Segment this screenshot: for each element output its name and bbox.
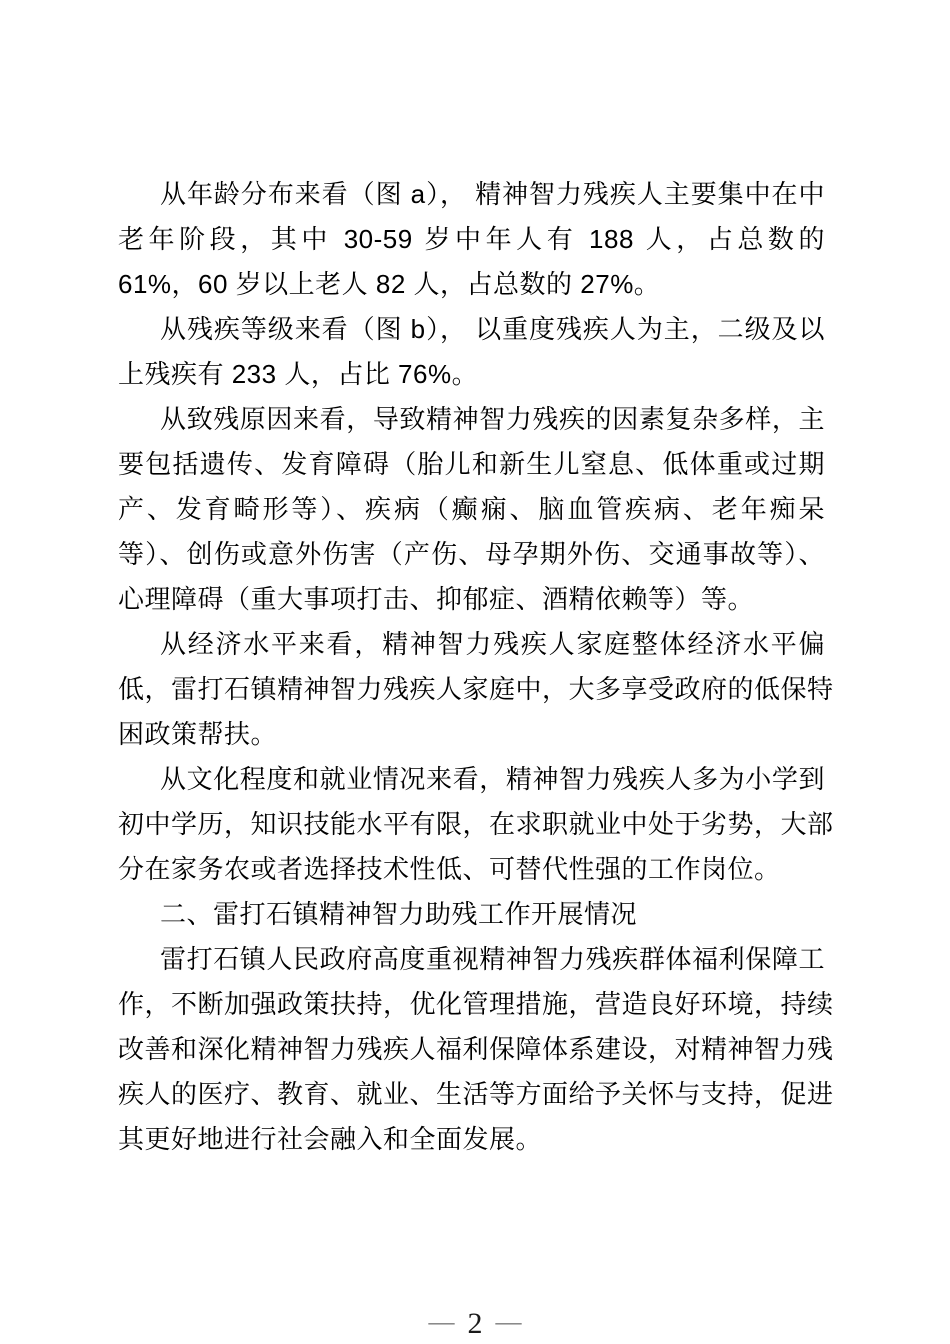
- paragraph-disability-causes: 从致残原因来看，导致精神智力残疾的因素复杂多样，主 要包括遗传、发育障碍（胎儿和…: [118, 397, 825, 622]
- paragraph-disability-level: 从残疾等级来看（图 b）， 以重度残疾人为主，二级及以 上残疾有 233 人，占…: [118, 307, 825, 397]
- text-line: 心理障碍（重大事项打击、抑郁症、酒精依赖等）等。: [118, 577, 825, 622]
- text-line: 作，不断加强政策扶持，优化管理措施，营造良好环境，持续: [118, 982, 825, 1027]
- text-line: 从经济水平来看，精神智力残疾人家庭整体经济水平偏: [118, 622, 825, 667]
- paragraph-government-work: 雷打石镇人民政府高度重视精神智力残疾群体福利保障工 作，不断加强政策扶持，优化管…: [118, 937, 825, 1162]
- page-number: 2: [468, 1307, 483, 1340]
- footer-right-dash: —: [496, 1307, 522, 1336]
- paragraph-economic-level: 从经济水平来看，精神智力残疾人家庭整体经济水平偏 低，雷打石镇精神智力残疾人家庭…: [118, 622, 825, 757]
- text-line: 上残疾有 233 人，占比 76%。: [118, 352, 825, 397]
- text-line: 等）、创伤或意外伤害（产伤、母孕期外伤、交通事故等）、: [118, 532, 825, 577]
- text-line: 从文化程度和就业情况来看，精神智力残疾人多为小学到: [118, 757, 825, 802]
- document-page: 从年龄分布来看（图 a）， 精神智力残疾人主要集中在中 老年阶段，其中 30-5…: [0, 0, 950, 1344]
- text-line: 困政策帮扶。: [118, 712, 825, 757]
- text-line: 其更好地进行社会融入和全面发展。: [118, 1117, 825, 1162]
- text-line: 从年龄分布来看（图 a）， 精神智力残疾人主要集中在中: [118, 172, 825, 217]
- text-line: 产、发育畸形等）、疾病（癫痫、脑血管疾病、老年痴呆: [118, 487, 825, 532]
- text-line: 从致残原因来看，导致精神智力残疾的因素复杂多样，主: [118, 397, 825, 442]
- section-heading-assistance-work: 二、雷打石镇精神智力助残工作开展情况: [118, 892, 825, 937]
- paragraph-education-employment: 从文化程度和就业情况来看，精神智力残疾人多为小学到 初中学历，知识技能水平有限，…: [118, 757, 825, 892]
- text-line: 要包括遗传、发育障碍（胎儿和新生儿窒息、低体重或过期: [118, 442, 825, 487]
- text-line: 疾人的医疗、教育、就业、生活等方面给予关怀与支持，促进: [118, 1072, 825, 1117]
- text-line: 分在家务农或者选择技术性低、可替代性强的工作岗位。: [118, 847, 825, 892]
- document-text-block: 从年龄分布来看（图 a）， 精神智力残疾人主要集中在中 老年阶段，其中 30-5…: [118, 172, 825, 1162]
- footer-left-dash: —: [429, 1307, 455, 1336]
- paragraph-age-distribution: 从年龄分布来看（图 a）， 精神智力残疾人主要集中在中 老年阶段，其中 30-5…: [118, 172, 825, 307]
- text-line: 低，雷打石镇精神智力残疾人家庭中，大多享受政府的低保特: [118, 667, 825, 712]
- page-footer: —2—: [0, 1306, 950, 1343]
- text-line: 61%，60 岁以上老人 82 人，占总数的 27%。: [118, 262, 825, 307]
- heading-line: 二、雷打石镇精神智力助残工作开展情况: [118, 892, 825, 937]
- text-line: 老年阶段，其中 30-59 岁中年人有 188 人，占总数的: [118, 217, 825, 262]
- text-line: 初中学历，知识技能水平有限，在求职就业中处于劣势，大部: [118, 802, 825, 847]
- text-line: 改善和深化精神智力残疾人福利保障体系建设，对精神智力残: [118, 1027, 825, 1072]
- text-line: 从残疾等级来看（图 b）， 以重度残疾人为主，二级及以: [118, 307, 825, 352]
- text-line: 雷打石镇人民政府高度重视精神智力残疾群体福利保障工: [118, 937, 825, 982]
